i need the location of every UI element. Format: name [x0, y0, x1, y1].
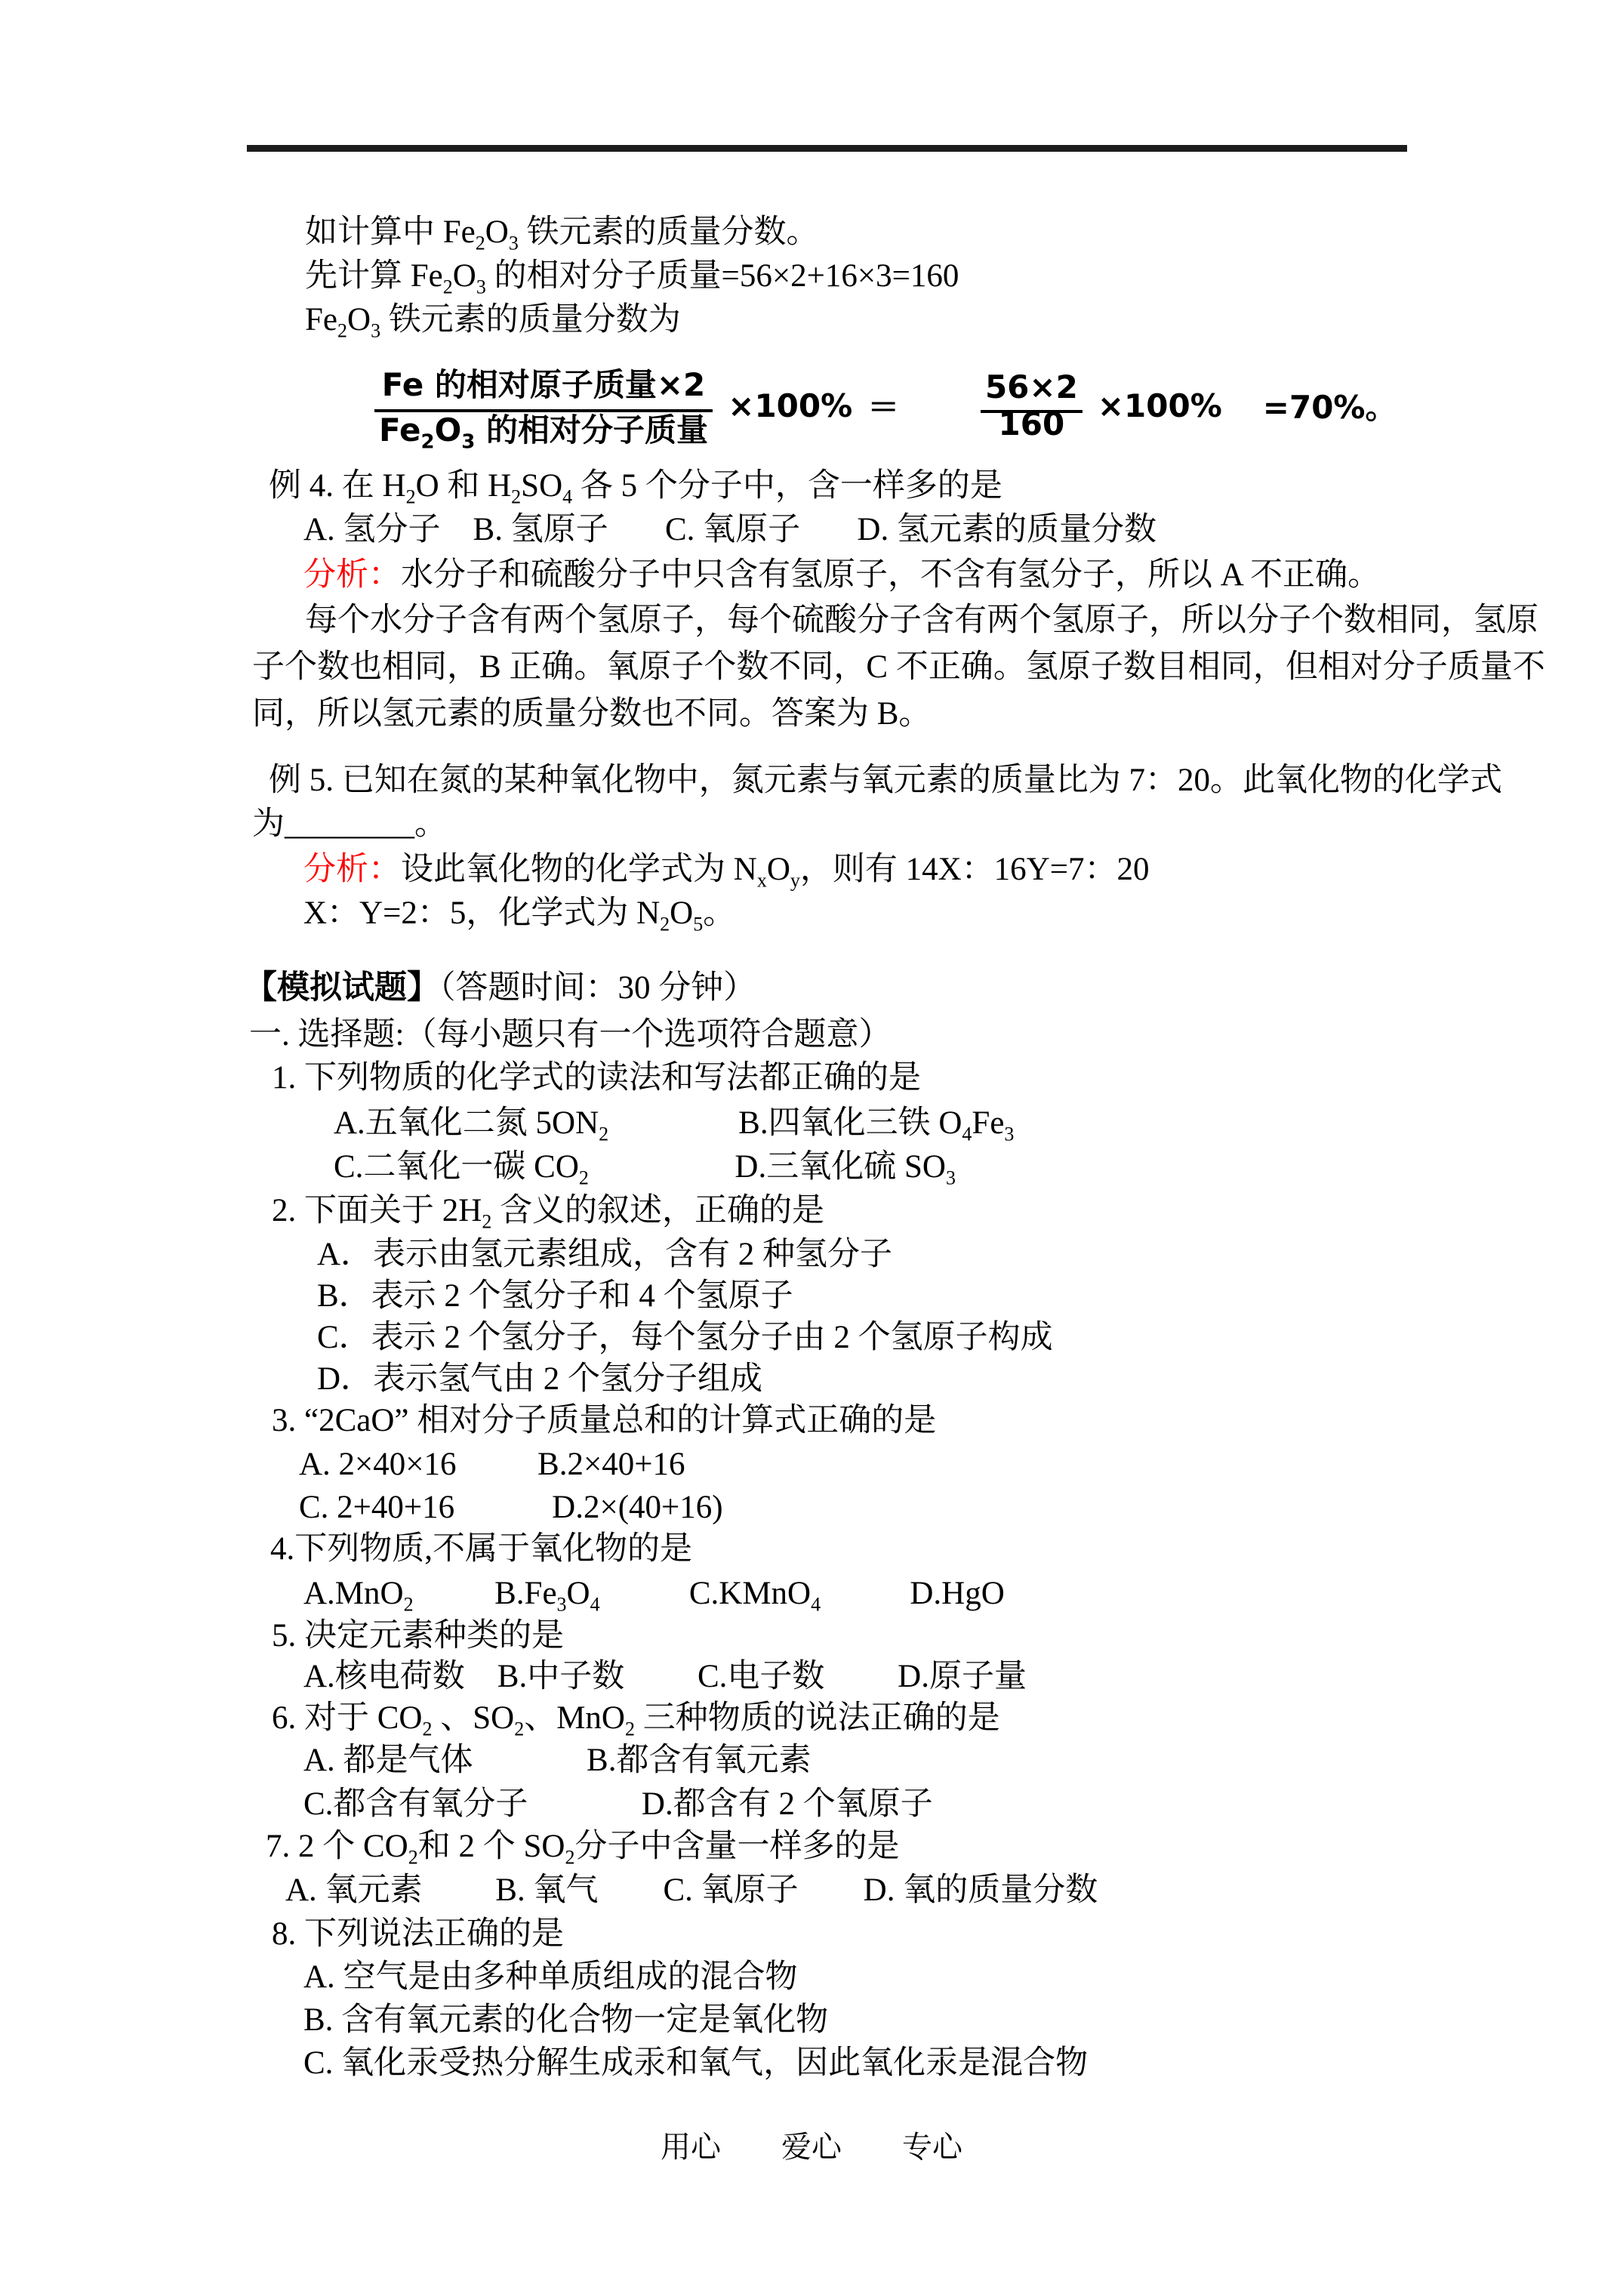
- question-6-options-row-2: C.都含有氧分子 D.都含有 2 个氧原子: [303, 1785, 933, 1824]
- question-2-option-a: A．表示由氢元素组成，含有 2 种氢分子: [317, 1235, 892, 1274]
- example5-analysis-text: 设此氧化物的化学式为 NxOy，则有 14X：16Y=7：20: [401, 852, 1149, 887]
- page-footer-motto: 用心 爱心 专心: [0, 2123, 1623, 2166]
- question-3-options-row-2: C. 2+40+16 D.2×(40+16): [299, 1488, 723, 1527]
- example4-analysis-line: 分析：水分子和硫酸分子中只含有氢原子，不含有氢分子，所以 A 不正确。: [303, 556, 1380, 595]
- question-8-text: 8. 下列说法正确的是: [272, 1915, 564, 1954]
- question-3-text: 3. “2CaO” 相对分子质量总和的计算式正确的是: [272, 1401, 936, 1441]
- question-7-options-row: A. 氧元素 B. 氧气 C. 氧原子 D. 氧的质量分数: [285, 1871, 1098, 1910]
- example5-heading: 例 5. 已知在氮的某种氧化物中，氮元素与氧元素的质量比为 7：20。此氧化物的…: [269, 761, 1502, 800]
- question-2-text: 2. 下面关于 2H2 含义的叙述，正确的是: [272, 1191, 824, 1231]
- example4-paragraph-line-1: 每个水分子含有两个氢原子，每个硫酸分子含有两个氢原子，所以分子个数相同，氢原: [305, 601, 1538, 640]
- formula-result: =70%。: [1263, 383, 1397, 428]
- question-5-text: 5. 决定元素种类的是: [272, 1616, 564, 1656]
- example4-options-row: A. 氢分子 B. 氢原子 C. 氧原子 D. 氢元素的质量分数: [303, 510, 1156, 550]
- header-rule: [247, 145, 1407, 152]
- question-5-options-row: A.核电荷数 B.中子数 C.电子数 D.原子量: [303, 1657, 1027, 1697]
- question-6-text: 6. 对于 CO2 、SO2、MnO2 三种物质的说法正确的是: [272, 1699, 1000, 1738]
- example4-heading: 例 4. 在 H2O 和 H2SO4 各 5 个分子中，含一样多的是: [269, 467, 1002, 506]
- example5-analysis-line: 分析：设此氧化物的化学式为 NxOy，则有 14X：16Y=7：20: [303, 850, 1149, 889]
- example4-paragraph-line-2: 子个数也相同，B 正确。氧原子个数不同，C 不正确。氢原子数目相同，但相对分子质…: [252, 648, 1545, 687]
- example5-analysis-label: 分析：: [303, 852, 401, 887]
- question-1-options-row-2: C.二氧化一碳 CO2 D.三氧化硫 SO3: [334, 1148, 956, 1187]
- formula-times-100-second: ×100%: [1098, 387, 1222, 424]
- formula-lhs-denominator: Fe2O3 的相对分子质量: [379, 405, 708, 448]
- mock-test-title: 【模拟试题】: [245, 970, 439, 1006]
- example4-analysis-text: 水分子和硫酸分子中只含有氢原子，不含有氢分子，所以 A 不正确。: [401, 557, 1380, 593]
- example5-conclusion-line: X：Y=2：5，化学式为 N2O5。: [303, 894, 735, 933]
- intro-line-1: 如计算中 Fe2O3 铁元素的质量分数。: [305, 213, 819, 252]
- question-4-options-row: A.MnO2 B.Fe3O4 C.KMnO4 D.HgO: [303, 1574, 1005, 1613]
- question-2-option-c: C．表示 2 个氢分子，每个氢分子由 2 个氢原子构成: [317, 1318, 1053, 1358]
- question-2-option-d: D．表示氢气由 2 个氢分子组成: [317, 1360, 762, 1399]
- formula-rhs-fraction: 56×2 160: [914, 331, 1083, 479]
- section1-heading: 一. 选择题:（每小题只有一个选项符合题意）: [249, 1015, 891, 1055]
- question-8-option-b: B. 含有氧元素的化合物一定是氧化物: [303, 2001, 828, 2040]
- example4-paragraph-line-3: 同，所以氢元素的质量分数也不同。答案为 B。: [252, 695, 931, 734]
- intro-line-2: 先计算 Fe2O3 的相对分子质量=56×2+16×3=160: [305, 257, 959, 296]
- question-3-options-row-1: A. 2×40×16 B.2×40+16: [299, 1445, 685, 1484]
- question-1-options-row-1: A.五氧化二氮 5ON2 B.四氧化三铁 O4Fe3: [334, 1104, 1014, 1143]
- document-page: 如计算中 Fe2O3 铁元素的质量分数。 先计算 Fe2O3 的相对分子质量=5…: [0, 0, 1623, 2296]
- question-1-text: 1. 下列物质的化学式的读法和写法都正确的是: [272, 1059, 921, 1098]
- example5-blank-line: 为________。: [252, 805, 447, 844]
- question-7-text: 7. 2 个 CO2和 2 个 SO2分子中含量一样多的是: [266, 1827, 899, 1866]
- mock-test-time-note: （答题时间：30 分钟）: [439, 970, 756, 1006]
- formula-equals-sign: ＝: [867, 383, 899, 428]
- example4-analysis-label: 分析：: [303, 557, 401, 593]
- formula-lhs-fraction: Fe 的相对原子质量×2 Fe2O3 的相对分子质量: [308, 323, 713, 488]
- question-8-option-a: A. 空气是由多种单质组成的混合物: [303, 1958, 798, 1997]
- mass-fraction-formula: Fe 的相对原子质量×2 Fe2O3 的相对分子质量 ×100% ＝ 56×2 …: [308, 323, 1397, 488]
- mock-test-heading: 【模拟试题】（答题时间：30 分钟）: [245, 969, 756, 1008]
- question-8-option-c: C. 氧化汞受热分解生成汞和氧气，因此氧化汞是混合物: [303, 2044, 1088, 2083]
- question-2-option-b: B．表示 2 个氢分子和 4 个氢原子: [317, 1277, 793, 1316]
- question-6-options-row-1: A. 都是气体 B.都含有氧元素: [303, 1741, 811, 1780]
- formula-times-100-first: ×100%: [728, 387, 852, 424]
- formula-rhs-denominator: 160: [999, 399, 1065, 442]
- question-4-text: 4.下列物质,不属于氧化物的是: [270, 1530, 692, 1569]
